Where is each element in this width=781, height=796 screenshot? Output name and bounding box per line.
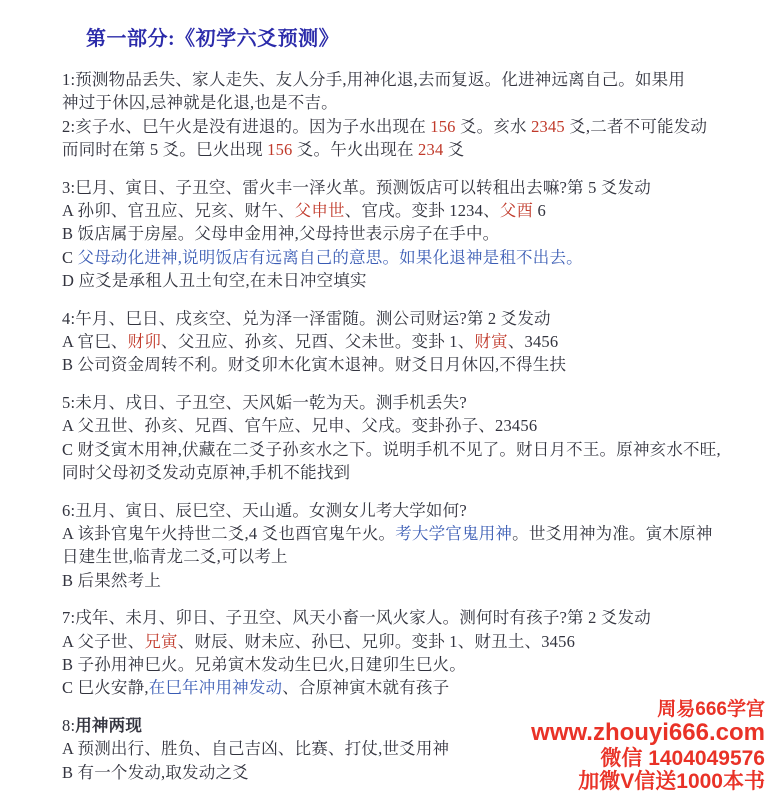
text-segment: C 财爻寅木用神,伏藏在二爻子孙亥水之下。说明手机不见了。财日月不王。原神亥水不… <box>62 440 721 459</box>
text-segment-red: 234 <box>418 140 443 159</box>
text-segment: B 后果然考上 <box>62 571 161 590</box>
text-segment: 爻。午火出现在 <box>292 140 418 159</box>
text-segment: 、父丑应、孙亥、兄酉、父未世。变卦 1、 <box>161 332 474 351</box>
text-line: 6:丑月、寅日、辰巳空、天山遁。女测女儿考大学如何? <box>62 499 739 522</box>
text-segment: B 公司资金周转不利。财爻卯木化寅木退神。财爻日月休囚,不得生扶 <box>62 355 566 374</box>
watermark-line-1: 周易666学宫 <box>531 699 765 720</box>
text-line: 7:戌年、未月、卯日、子丑空、风天小畜一风火家人。测何时有孩子?第 2 爻发动 <box>62 606 739 629</box>
paragraph-5: 6:丑月、寅日、辰巳空、天山遁。女测女儿考大学如何?A 该卦官鬼午火持世二爻,4… <box>62 499 739 593</box>
text-line: C 巳火安静,在巳年冲用神发动、合原神寅木就有孩子 <box>62 676 739 699</box>
text-segment: 、合原神寅木就有孩子 <box>282 678 449 697</box>
text-segment: 5:未月、戌日、子丑空、天风姤一乾为天。测手机丢失? <box>62 393 467 412</box>
text-line: 4:午月、巳日、戌亥空、兑为泽一泽雷随。测公司财运?第 2 爻发动 <box>62 307 739 330</box>
text-segment: A 父丑世、孙亥、兄酉、官午应、兄申、父戌。变卦孙子、23456 <box>62 416 537 435</box>
text-segment-red: 2345 <box>531 117 565 136</box>
text-segment-blue: 父母动化进神,说明饭店有远离自己的意思。如果化退神是租不出去。 <box>78 248 583 267</box>
text-segment: 3:巳月、寅日、子丑空、雷火丰一泽火革。预测饭店可以转租出去嘛?第 5 爻发动 <box>62 178 651 197</box>
paragraph-4: 5:未月、戌日、子丑空、天风姤一乾为天。测手机丢失?A 父丑世、孙亥、兄酉、官午… <box>62 391 739 485</box>
text-segment: C 巳火安静, <box>62 678 149 697</box>
watermark-line-4: 加微V信送1000本书 <box>531 770 765 794</box>
text-segment: B 有一个发动,取发动之爻 <box>62 763 249 782</box>
paragraph-6: 7:戌年、未月、卯日、子丑空、风天小畜一风火家人。测何时有孩子?第 2 爻发动A… <box>62 606 739 700</box>
text-segment: D 应爻是承租人丑土旬空,在未日冲空填实 <box>62 271 367 290</box>
text-line: 同时父母初爻发动克原神,手机不能找到 <box>62 461 739 484</box>
text-line: 3:巳月、寅日、子丑空、雷火丰一泽火革。预测饭店可以转租出去嘛?第 5 爻发动 <box>62 176 739 199</box>
text-segment: 、3456 <box>508 332 559 351</box>
text-segment: 6 <box>533 201 546 220</box>
text-line: B 子孙用神巳火。兄弟寅木发动生巳火,日建卯生巳火。 <box>62 653 739 676</box>
text-segment-red: 156 <box>267 140 292 159</box>
text-segment: 而同时在第 5 爻。巳火出现 <box>62 140 267 159</box>
text-segment: 用神两现 <box>75 716 142 735</box>
text-segment: 4:午月、巳日、戌亥空、兑为泽一泽雷随。测公司财运?第 2 爻发动 <box>62 309 551 328</box>
text-segment-blue: 考大学官鬼用神 <box>395 524 512 543</box>
text-line: C 财爻寅木用神,伏藏在二爻子孙亥水之下。说明手机不见了。财日月不王。原神亥水不… <box>62 438 739 461</box>
text-line: C 父母动化进神,说明饭店有远离自己的意思。如果化退神是租不出去。 <box>62 246 739 269</box>
document-body: 1:预测物品丢失、家人走失、友人分手,用神化退,去而复返。化进神远离自己。如果用… <box>62 68 739 784</box>
text-segment: 爻。亥水 <box>456 117 531 136</box>
text-line: 而同时在第 5 爻。巳火出现 156 爻。午火出现在 234 爻 <box>62 138 739 161</box>
text-line: A 父丑世、孙亥、兄酉、官午应、兄申、父戌。变卦孙子、23456 <box>62 414 739 437</box>
watermark: 周易666学宫www.zhouyi666.com微信 1404049576加微V… <box>531 699 765 794</box>
text-line: A 父子世、兄寅、财辰、财未应、孙巳、兄卯。变卦 1、财丑土、3456 <box>62 630 739 653</box>
text-segment-red: 财卯 <box>128 332 161 351</box>
scanned-document-page: 第一部分:《初学六爻预测》 1:预测物品丢失、家人走失、友人分手,用神化退,去而… <box>0 0 781 796</box>
text-segment-blue: 在巳年冲用神发动 <box>149 678 283 697</box>
paragraph-2: 3:巳月、寅日、子丑空、雷火丰一泽火革。预测饭店可以转租出去嘛?第 5 爻发动A… <box>62 176 739 293</box>
text-segment: 、官戌。变卦 1234、 <box>345 201 500 220</box>
text-segment: 爻,二者不可能发动 <box>565 117 707 136</box>
text-line: 2:亥子水、巳午火是没有进退的。因为子水出现在 156 爻。亥水 2345 爻,… <box>62 115 739 138</box>
text-line: B 饭店属于房屋。父母申金用神,父母持世表示房子在手中。 <box>62 222 739 245</box>
text-segment-red: 财寅 <box>474 332 507 351</box>
text-line: 5:未月、戌日、子丑空、天风姤一乾为天。测手机丢失? <box>62 391 739 414</box>
text-segment: 日建生世,临青龙二爻,可以考上 <box>62 547 288 566</box>
page-title: 第一部分:《初学六爻预测》 <box>86 22 739 51</box>
paragraph-3: 4:午月、巳日、戌亥空、兑为泽一泽雷随。测公司财运?第 2 爻发动A 官巳、财卯… <box>62 307 739 377</box>
text-segment: A 官巳、 <box>62 332 128 351</box>
watermark-line-3: 微信 1404049576 <box>531 747 765 771</box>
watermark-line-2: www.zhouyi666.com <box>531 720 765 747</box>
text-segment: 7:戌年、未月、卯日、子丑空、风天小畜一风火家人。测何时有孩子?第 2 爻发动 <box>62 608 651 627</box>
text-line: B 公司资金周转不利。财爻卯木化寅木退神。财爻日月休囚,不得生扶 <box>62 353 739 376</box>
text-segment: A 孙卯、官丑应、兄亥、财午、 <box>62 201 295 220</box>
text-line: 神过于休囚,忌神就是化退,也是不吉。 <box>62 91 739 114</box>
text-segment: A 父子世、 <box>62 632 144 651</box>
text-line: 1:预测物品丢失、家人走失、友人分手,用神化退,去而复返。化进神远离自己。如果用 <box>62 68 739 91</box>
text-segment: B 子孙用神巳火。兄弟寅木发动生巳火,日建卯生巳火。 <box>62 655 466 674</box>
text-segment: B 饭店属于房屋。父母申金用神,父母持世表示房子在手中。 <box>62 224 499 243</box>
text-line: B 后果然考上 <box>62 569 739 592</box>
text-segment: 爻 <box>443 140 464 159</box>
text-segment-red: 父酉 <box>500 201 533 220</box>
text-segment-red: 156 <box>430 117 455 136</box>
text-line: A 孙卯、官丑应、兄亥、财午、父申世、官戌。变卦 1234、父酉 6 <box>62 199 739 222</box>
text-segment: 神过于休囚,忌神就是化退,也是不吉。 <box>62 93 338 112</box>
text-segment: 8: <box>62 716 75 735</box>
text-segment: 1:预测物品丢失、家人走失、友人分手,用神化退,去而复返。化进神远离自己。如果用 <box>62 70 685 89</box>
text-line: 日建生世,临青龙二爻,可以考上 <box>62 545 739 568</box>
paragraph-1: 1:预测物品丢失、家人走失、友人分手,用神化退,去而复返。化进神远离自己。如果用… <box>62 68 739 162</box>
text-line: A 官巳、财卯、父丑应、孙亥、兄酉、父未世。变卦 1、财寅、3456 <box>62 330 739 353</box>
text-segment: C <box>62 248 78 267</box>
text-line: A 该卦官鬼午火持世二爻,4 爻也酉官鬼午火。考大学官鬼用神。世爻用神为准。寅木… <box>62 522 739 545</box>
text-segment: 6:丑月、寅日、辰巳空、天山遁。女测女儿考大学如何? <box>62 501 467 520</box>
text-segment: 、财辰、财未应、孙巳、兄卯。变卦 1、财丑土、3456 <box>178 632 575 651</box>
text-segment-red: 兄寅 <box>144 632 177 651</box>
text-line: D 应爻是承租人丑土旬空,在未日冲空填实 <box>62 269 739 292</box>
text-segment: 同时父母初爻发动克原神,手机不能找到 <box>62 463 350 482</box>
text-segment: 2:亥子水、巳午火是没有进退的。因为子水出现在 <box>62 117 430 136</box>
text-segment: 。世爻用神为准。寅木原神 <box>512 524 712 543</box>
text-segment: A 该卦官鬼午火持世二爻,4 爻也酉官鬼午火。 <box>62 524 395 543</box>
text-segment: A 预测出行、胜负、自己吉凶、比赛、打仗,世爻用神 <box>62 739 449 758</box>
text-segment-red: 父申世 <box>295 201 345 220</box>
